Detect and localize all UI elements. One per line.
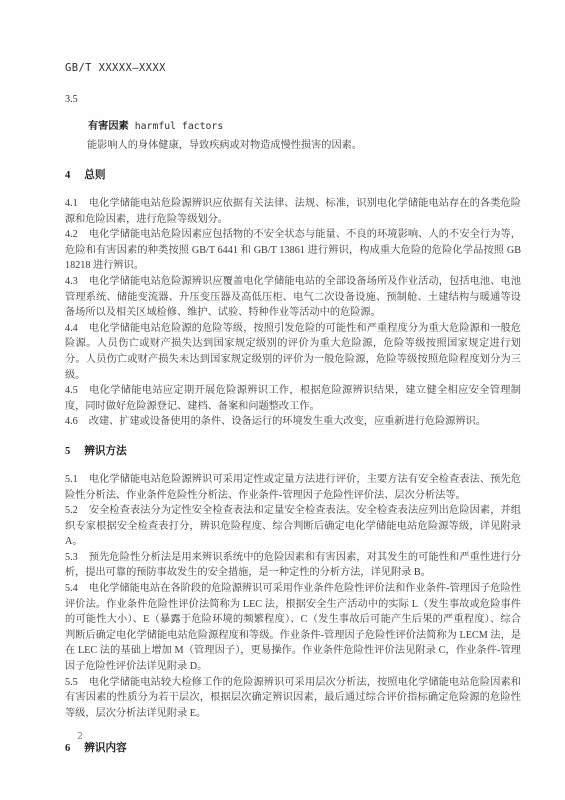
clause-5-3: 5.3预先危险性分析法是用来辨识系统中的危险因素和有害因素，对其发生的可能性和严… <box>65 550 521 581</box>
term-name-en: harmful factors <box>135 121 223 132</box>
chapter-4-heading: 4总则 <box>65 169 521 183</box>
clause-text: 电化学储能电站危险因素应包括物的不安全状态与能量、不良的环境影响、人的不安全行为… <box>65 229 521 271</box>
chapter-6-title: 辨识内容 <box>84 743 126 754</box>
clause-number: 5.2 <box>65 505 89 516</box>
clause-5-5: 5.5电化学储能电站较大检修工作的危险源辨识可采用层次分析法，按照电化学储能电站… <box>65 675 521 722</box>
term-number: 3.5 <box>65 92 521 107</box>
clause-4-4: 4.4电化学储能电站危险源的危险等级，按照引发危险的可能性和严重程度分为重大危险… <box>65 321 521 383</box>
chapter-5-number: 5 <box>65 446 70 457</box>
clause-number: 4.5 <box>65 385 89 396</box>
clause-5-4: 5.4电化学储能电站在各阶段的危险源辨识可采用作业条件危险性评价法和作业条件-管… <box>65 581 521 675</box>
clause-5-2: 5.2安全检查表法分为定性安全检查表法和定量安全检查表法。安全检查表法应列出危险… <box>65 503 521 550</box>
standard-number-header: GB/T XXXXX—XXXX <box>65 62 521 75</box>
clause-text: 电化学储能电站危险源辨识可采用定性或定量方法进行评价，主要方法有安全检查表法、预… <box>65 474 521 501</box>
chapter-5-heading: 5辨识方法 <box>65 445 521 459</box>
term-name-cn: 有害因素 <box>88 121 129 132</box>
clause-number: 4.6 <box>65 416 89 427</box>
clause-number: 5.4 <box>65 583 89 594</box>
chapter-4-number: 4 <box>65 170 70 181</box>
chapter-6-heading: 6辨识内容 <box>65 742 521 756</box>
clause-text: 电化学储能电站危险源的危险等级，按照引发危险的可能性和严重程度分为重大危险源和一… <box>65 323 521 381</box>
clause-5-1: 5.1电化学储能电站危险源辨识可采用定性或定量方法进行评价，主要方法有安全检查表… <box>65 472 521 503</box>
clause-4-3: 4.3电化学储能电站危险源辨识应覆盖电化学储能电站的全部设备场所及作业活动，包括… <box>65 274 521 321</box>
clause-text: 改建、扩建或设备使用的条件、设备运行的环境发生重大改变，应重新进行危险源辨识。 <box>89 416 486 427</box>
document-page: GB/T XXXXX—XXXX 3.5 有害因素harmful factors … <box>0 0 565 800</box>
clause-4-5: 4.5电化学储能电站应定期开展危险源辨识工作，根据危险源辨识结果，建立健全相应安… <box>65 383 521 414</box>
clause-number: 5.5 <box>65 677 89 688</box>
clause-text: 电化学储能电站危险源辨识应依据有关法律、法规、标准，识别电化学储能电站存在的各类… <box>65 198 521 225</box>
chapter-5-title: 辨识方法 <box>84 446 126 457</box>
chapter-4-title: 总则 <box>84 170 105 181</box>
clause-4-6: 4.6改建、扩建或设备使用的条件、设备运行的环境发生重大改变，应重新进行危险源辨… <box>65 414 521 430</box>
clause-number: 4.3 <box>65 276 89 287</box>
clause-text: 电化学储能电站较大检修工作的危险源辨识可采用层次分析法，按照电化学储能电站危险因… <box>65 677 521 719</box>
clause-text: 电化学储能电站在各阶段的危险源辨识可采用作业条件危险性评价法和作业条件-管理因子… <box>65 583 521 672</box>
page-number: 2 <box>77 731 83 742</box>
clause-text: 电化学储能电站危险源辨识应覆盖电化学储能电站的全部设备场所及作业活动，包括电池、… <box>65 276 521 318</box>
clause-number: 5.1 <box>65 474 89 485</box>
clause-number: 4.1 <box>65 198 89 209</box>
term-definition: 能影响人的身体健康，导致疾病或对物造成慢性损害的因素。 <box>87 137 521 154</box>
clause-4-1: 4.1电化学储能电站危险源辨识应依据有关法律、法规、标准，识别电化学储能电站存在… <box>65 196 521 227</box>
clause-text: 电化学储能电站应定期开展危险源辨识工作，根据危险源辨识结果，建立健全相应安全管理… <box>65 385 521 412</box>
clause-text: 预先危险性分析法是用来辨识系统中的危险因素和有害因素，对其发生的可能性和严重性进… <box>65 552 521 579</box>
clause-number: 4.2 <box>65 229 89 240</box>
clause-text: 安全检查表法分为定性安全检查表法和定量安全检查表法。安全检查表法应列出危险因素，… <box>65 505 521 547</box>
terms-section: 3.5 有害因素harmful factors 能影响人的身体健康，导致疾病或对… <box>65 92 521 154</box>
term-title: 有害因素harmful factors <box>88 118 521 135</box>
clause-number: 4.4 <box>65 323 89 334</box>
clause-4-2: 4.2电化学储能电站危险因素应包括物的不安全状态与能量、不良的环境影响、人的不安… <box>65 227 521 274</box>
clause-number: 5.3 <box>65 552 89 563</box>
chapter-6-number: 6 <box>65 743 70 754</box>
